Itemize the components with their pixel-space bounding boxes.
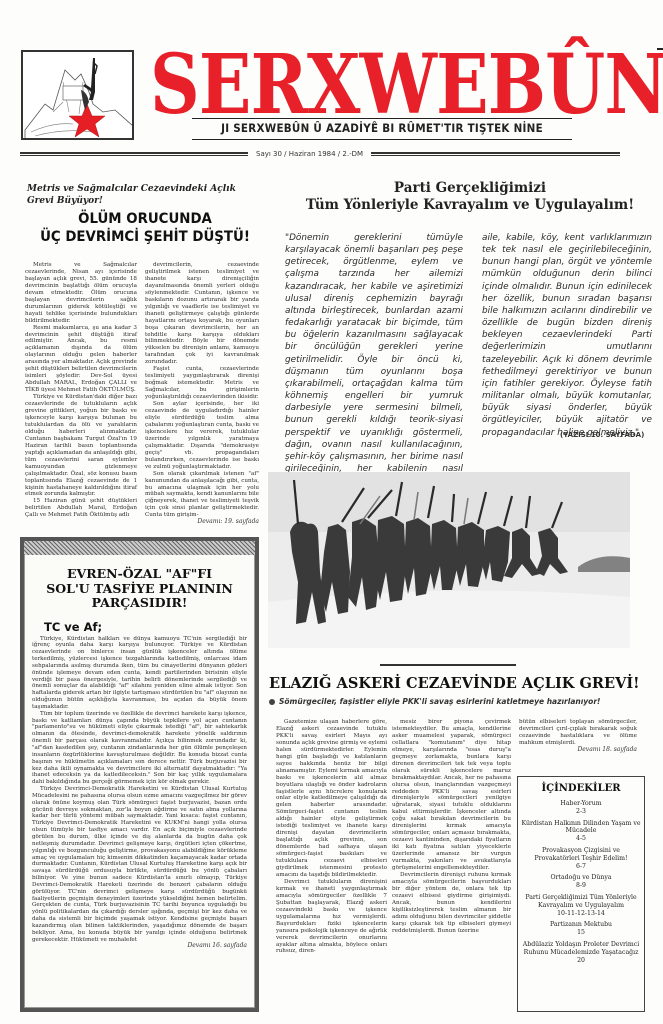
- party-article-headline: Parti Gerçekliğimizi Tüm Yönleriyle Kavr…: [285, 180, 655, 214]
- amnesty-subhead: TC ve Af;: [44, 620, 255, 634]
- elazig-subhead: Sömürgeciler, faşistler eliyle PKK'li sa…: [269, 697, 663, 706]
- toc-item[interactable]: Kürdistan Halkının Dilinden Yaşam ve Müc…: [520, 820, 642, 843]
- toc-item[interactable]: Haber-Yorum2-3: [520, 800, 642, 816]
- paragraph: Gazetemize ulaşan haberlere göre, Elazığ…: [276, 719, 387, 879]
- bullet-icon: [269, 699, 275, 705]
- toc-item-title: Parti Gerçekliğimizi Tüm Yönleriyle Kavr…: [525, 894, 636, 909]
- elazig-column-3: bütün elbiseleri toplayan sömürgeciler, …: [519, 719, 637, 754]
- elazig-column-1: Gazetemize ulaşan haberlere göre, Elazığ…: [276, 719, 387, 955]
- paragraph: Metris ve Sağmalcılar cezaevlerinde, Nis…: [25, 262, 137, 325]
- toc-item-pages: 4-5: [520, 835, 642, 843]
- toc-item-title: Partizanın Mektubu: [550, 921, 612, 928]
- toc-item-pages: 8-9: [520, 882, 642, 890]
- continued-link[interactable]: Devamı 18. sayfada: [519, 747, 637, 754]
- page-edge-mark: [657, 48, 663, 50]
- newspaper-title: SERXWEBÛN: [150, 40, 570, 130]
- headline-line: Parti Gerçekliğimizi: [285, 180, 655, 197]
- toc-item-pages: 15: [520, 929, 642, 937]
- paragraph: Devrimcilerin direnişçi ruhunu kırmak am…: [392, 872, 511, 935]
- continued-link[interactable]: Devamı 16. sayfada: [32, 943, 247, 950]
- toc-item[interactable]: Abdülaziz Yoldaşın Proleter Devrimci Ruh…: [520, 941, 642, 964]
- issue-info-row: Sayı 30 / Haziran 1984 / 2.-DM: [20, 148, 620, 160]
- toc-item[interactable]: Provakasyon Çizgisini ve Provakatörleri …: [520, 847, 642, 870]
- toc-title: İÇİNDEKİLER: [520, 783, 642, 794]
- toc-item-title: Provakasyon Çizgisini ve Provakatörleri …: [534, 847, 627, 862]
- party-quote-column-2: aile, kabile, köy, kent varlıklarımızın …: [482, 232, 652, 439]
- paragraph: Son aylar içerisinde, her iki cezaevinde…: [145, 401, 259, 471]
- elazig-column-2: mesiz birer piyona çevirmek istemekteydi…: [392, 719, 511, 935]
- hunger-strike-headline: ÖLÜM ORUCUNDA ÜÇ DEVRİMCİ ŞEHİT DÜŞTÜ!: [39, 210, 251, 246]
- headline-line: PARÇASIDIR!: [24, 596, 255, 611]
- paragraph: Resmi makamlarca, şu ana kadar 3 devrimc…: [25, 325, 137, 395]
- continued-link[interactable]: Devamı: 19. sayfada: [145, 519, 259, 526]
- hunger-strike-kicker: Metris ve Sağmalcılar Cezaevindeki Açlık…: [27, 183, 262, 207]
- elazig-subhead-text: Sömürgeciler, faşistler eliyle PKK'li sa…: [279, 697, 600, 706]
- tagline-banner: JI SERXWEBÛN Û AZADİYÊ BI RÛMET'TIR TIŞT…: [192, 118, 572, 140]
- amnesty-body: Türkiye, Kürdistan halkları ve dünya kam…: [24, 636, 255, 951]
- party-quote-column-1: "Dönemin gereklerini tümüyle karşılayaca…: [285, 232, 463, 487]
- toc-item[interactable]: Parti Gerçekliğimizi Tüm Yönleriyle Kavr…: [520, 894, 642, 917]
- hunger-strike-column-1: Metris ve Sağmalcılar cezaevlerinde, Nis…: [25, 262, 137, 519]
- toc-item-title: Kürdistan Halkının Dilinden Yaşam ve Müc…: [522, 820, 641, 835]
- toc-item-pages: 20: [520, 957, 642, 965]
- toc-item[interactable]: Partizanın Mektubu15: [520, 921, 642, 937]
- amnesty-headline: EVREN-ÖZAL "AF"FI SOL'U TASFİYE PLANININ…: [24, 567, 255, 611]
- box-border-band: [24, 541, 255, 555]
- paragraph: mesiz birer piyona çevirmek istemekteydi…: [392, 719, 511, 872]
- issue-line: Sayı 30 / Haziran 1984 / 2.-DM: [256, 150, 363, 158]
- paragraph: Devrimci tutukluların direnişini kırmak …: [276, 879, 387, 955]
- continued-link[interactable]: (YAZISI 10. SAYFADA): [560, 431, 644, 439]
- toc-item-title: Haber-Yorum: [560, 800, 601, 807]
- fighters-in-snow-image-icon: [268, 472, 630, 648]
- toc-item-title: Abdülaziz Yoldaşın Proleter Devrimci Ruh…: [523, 941, 639, 956]
- paragraph: Tüm bir toplum üzerinde ve özellikle de …: [32, 711, 247, 786]
- tagline: JI SERXWEBÛN Û AZADİYÊ BI RÛMET'TIR TIŞT…: [211, 119, 553, 138]
- paragraph: Son olarak çıkarılmak istenen "af" kanun…: [145, 471, 259, 520]
- section-divider: [380, 664, 516, 666]
- headline-line: SOL'U TASFİYE PLANININ: [24, 582, 255, 597]
- headline-line: ÖLÜM ORUCUNDA: [39, 210, 251, 228]
- mountain-rifle-star-logo-icon: [23, 52, 134, 140]
- guerrilla-photo: [268, 472, 630, 648]
- table-of-contents: İÇİNDEKİLER Haber-Yorum2-3 Kürdistan Hal…: [517, 776, 645, 1012]
- issue-rule-left: [20, 152, 248, 156]
- paragraph: Türkiye ve Kürdistan'daki diğer bazı cez…: [25, 394, 137, 498]
- headline-line: EVREN-ÖZAL "AF"FI: [24, 567, 255, 582]
- toc-item-title: Ortadoğu ve Dünya: [550, 874, 611, 881]
- paragraph: Faşist cunta, cezaevlerinde teslimiyeti …: [145, 366, 259, 401]
- paragraph: Türkiye, Kürdistan halkları ve dünya kam…: [32, 636, 247, 711]
- paragraph: 15 Haziran günü şehit düştükleri belirti…: [25, 498, 137, 519]
- headline-line: ÜÇ DEVRİMCİ ŞEHİT DÜŞTÜ!: [39, 228, 251, 246]
- hunger-strike-column-2: devrimcilerin, cezaevinde geliştirilmek …: [145, 262, 259, 526]
- masthead-logo: [21, 50, 134, 140]
- toc-item-pages: 10-11-12-13-14: [520, 910, 642, 918]
- headline-line: Tüm Yönleriyle Kavrayalım ve Uygulayalım…: [285, 197, 655, 214]
- paragraph: Türkiye Devrimci-Demokratik Hareketini v…: [32, 786, 247, 943]
- toc-item-pages: 6-7: [520, 863, 642, 871]
- elazig-headline: ELAZIĞ ASKERİ CEZAEVİNDE AÇLIK GREVİ!: [269, 674, 651, 692]
- toc-item[interactable]: Ortadoğu ve Dünya8-9: [520, 874, 642, 890]
- paragraph: bütün elbiseleri toplayan sömürgeciler, …: [519, 719, 637, 747]
- issue-rule-right: [371, 152, 620, 156]
- amnesty-article-box: EVREN-ÖZAL "AF"FI SOL'U TASFİYE PLANININ…: [20, 537, 259, 1012]
- toc-item-pages: 2-3: [520, 808, 642, 816]
- paragraph: devrimcilerin, cezaevinde geliştirilmek …: [145, 262, 259, 366]
